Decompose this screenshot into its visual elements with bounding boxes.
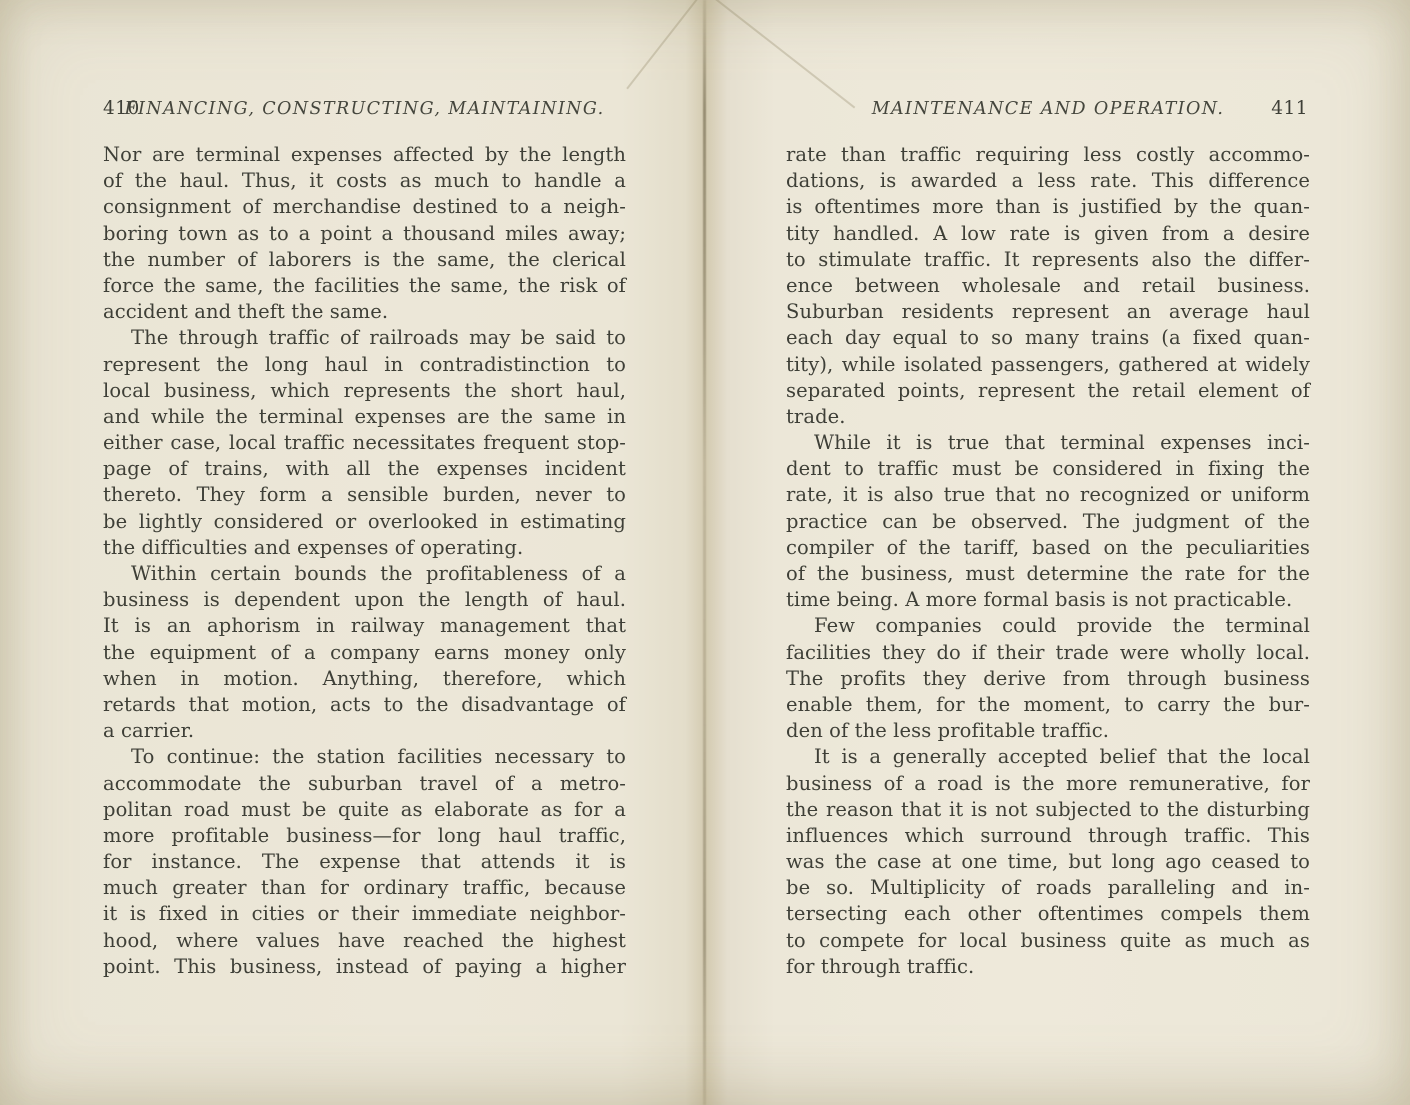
text-line: force the same, the facilities the same,… <box>103 273 626 299</box>
text-line: accommodate the suburban travel of a met… <box>103 771 626 797</box>
text-line: each day equal to so many trains (a fixe… <box>786 325 1310 351</box>
text-line: was the case at one time, but long ago c… <box>786 849 1310 875</box>
running-head-right: MAINTENANCE AND OPERATION. <box>872 98 1225 120</box>
text-line: time being. A more formal basis is not p… <box>786 587 1310 613</box>
text-line: thereto. They form a sensible burden, ne… <box>103 482 626 508</box>
text-line: Few companies could provide the terminal <box>786 613 1310 639</box>
text-line: page of trains, with all the expenses in… <box>103 456 626 482</box>
page-left-header: 410 FINANCING, CONSTRUCTING, MAINTAINING… <box>103 98 626 120</box>
text-line: den of the less profitable traffic. <box>786 718 1310 744</box>
text-line: While it is true that terminal expenses … <box>786 430 1310 456</box>
gutter-crease-right <box>708 0 855 108</box>
text-line: business of a road is the more remunerat… <box>786 771 1310 797</box>
page-left: 410 FINANCING, CONSTRUCTING, MAINTAINING… <box>103 98 626 980</box>
page-left-body-text: Nor are terminal expenses affected by th… <box>103 142 626 980</box>
text-line: local business, which represents the sho… <box>103 378 626 404</box>
text-line: of the haul. Thus, it costs as much to h… <box>103 168 626 194</box>
text-line: facilities they do if their trade were w… <box>786 640 1310 666</box>
text-line: It is an aphorism in railway management … <box>103 613 626 639</box>
text-line: consignment of merchandise destined to a… <box>103 194 626 220</box>
text-line: and while the terminal expenses are the … <box>103 404 626 430</box>
gutter-crease-left <box>626 0 701 89</box>
text-line: The through traffic of railroads may be … <box>103 325 626 351</box>
text-line: the equipment of a company earns money o… <box>103 640 626 666</box>
text-line: for through traffic. <box>786 954 1310 980</box>
text-line: be lightly considered or overlooked in e… <box>103 509 626 535</box>
text-line: ence between wholesale and retail busine… <box>786 273 1310 299</box>
text-line: Within certain bounds the profitableness… <box>103 561 626 587</box>
text-line: be so. Multiplicity of roads paralleling… <box>786 875 1310 901</box>
text-line: influences which surround through traffi… <box>786 823 1310 849</box>
running-head-left: FINANCING, CONSTRUCTING, MAINTAINING. <box>124 98 604 120</box>
text-line: boring town as to a point a thousand mil… <box>103 221 626 247</box>
text-line: Suburban residents represent an average … <box>786 299 1310 325</box>
text-line: retards that motion, acts to the disadva… <box>103 692 626 718</box>
book-gutter-shadow <box>703 0 706 1105</box>
text-line: enable them, for the moment, to carry th… <box>786 692 1310 718</box>
text-line: The profits they derive from through bus… <box>786 666 1310 692</box>
text-line: the number of laborers is the same, the … <box>103 247 626 273</box>
book-spread-scan: 410 FINANCING, CONSTRUCTING, MAINTAINING… <box>0 0 1410 1105</box>
page-right: MAINTENANCE AND OPERATION. 411 rate than… <box>786 98 1310 980</box>
text-line: tersecting each other oftentimes compels… <box>786 901 1310 927</box>
page-right-body-text: rate than traffic requiring less costly … <box>786 142 1310 980</box>
text-line: to compete for local business quite as m… <box>786 928 1310 954</box>
text-line: tity handled. A low rate is given from a… <box>786 221 1310 247</box>
text-line: rate than traffic requiring less costly … <box>786 142 1310 168</box>
text-line: to stimulate traffic. It represents also… <box>786 247 1310 273</box>
text-line: is oftentimes more than is justified by … <box>786 194 1310 220</box>
text-line: a carrier. <box>103 718 626 744</box>
text-line: business is dependent upon the length of… <box>103 587 626 613</box>
text-line: the difficulties and expenses of operati… <box>103 535 626 561</box>
text-line: accident and theft the same. <box>103 299 626 325</box>
text-line: compiler of the tariff, based on the pec… <box>786 535 1310 561</box>
text-line: point. This business, instead of paying … <box>103 954 626 980</box>
text-line: rate, it is also true that no recognized… <box>786 482 1310 508</box>
text-line: represent the long haul in contradistinc… <box>103 352 626 378</box>
text-line: It is a generally accepted belief that t… <box>786 744 1310 770</box>
text-line: trade. <box>786 404 1310 430</box>
text-line: much greater than for ordinary traffic, … <box>103 875 626 901</box>
text-line: To continue: the station facilities nece… <box>103 744 626 770</box>
text-line: for instance. The expense that attends i… <box>103 849 626 875</box>
page-right-header: MAINTENANCE AND OPERATION. 411 <box>786 98 1310 120</box>
text-line: politan road must be quite as elaborate … <box>103 797 626 823</box>
text-line: hood, where values have reached the high… <box>103 928 626 954</box>
text-line: dent to traffic must be considered in fi… <box>786 456 1310 482</box>
text-line: it is fixed in cities or their immediate… <box>103 901 626 927</box>
text-line: dations, is awarded a less rate. This di… <box>786 168 1310 194</box>
page-number-right: 411 <box>1271 98 1308 120</box>
text-line: Nor are terminal expenses affected by th… <box>103 142 626 168</box>
text-line: either case, local traffic necessitates … <box>103 430 626 456</box>
text-line: practice can be observed. The judgment o… <box>786 509 1310 535</box>
text-line: when in motion. Anything, therefore, whi… <box>103 666 626 692</box>
text-line: tity), while isolated passengers, gather… <box>786 352 1310 378</box>
text-line: the reason that it is not subjected to t… <box>786 797 1310 823</box>
text-line: more profitable business—for long haul t… <box>103 823 626 849</box>
text-line: of the business, must determine the rate… <box>786 561 1310 587</box>
text-line: separated points, represent the retail e… <box>786 378 1310 404</box>
